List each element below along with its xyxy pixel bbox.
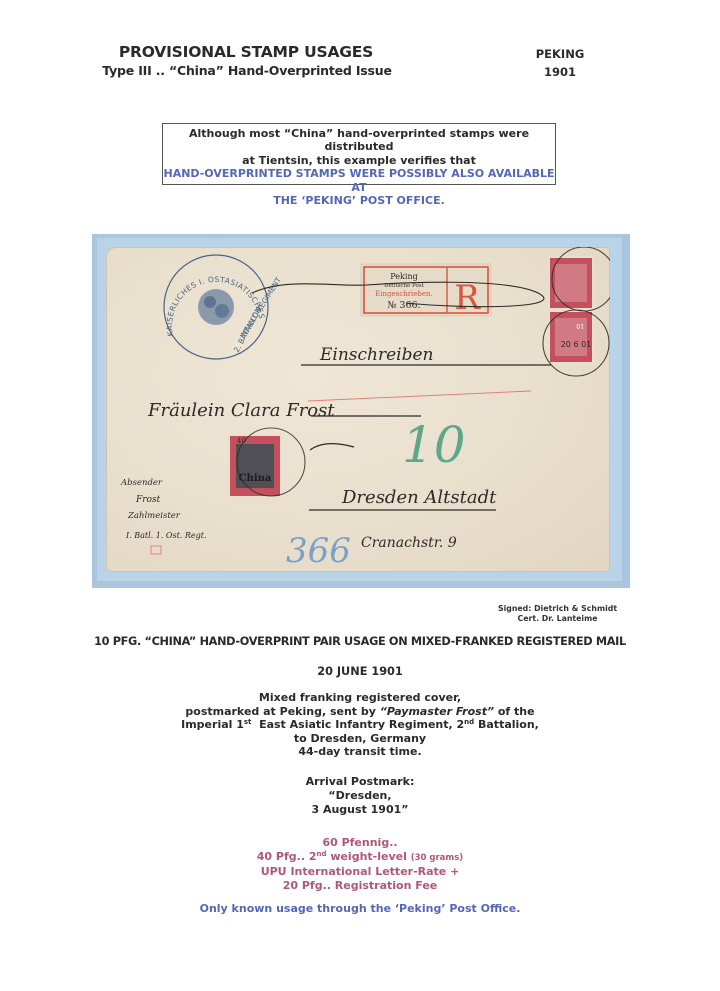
rate-line-1: 60 Pfennig.. [0, 836, 720, 850]
cover-artwork: KAISERLICHES I. OSTASIATISCHES INFANT.-R… [106, 247, 610, 572]
page-title: PROVISIONAL STAMP USAGES [96, 43, 396, 61]
label-r-letter: R [454, 278, 481, 318]
handwriting-endorsement: Einschreiben [319, 345, 434, 365]
postmark-date: 20 6 01 [561, 340, 592, 349]
desc-line-2: postmarked at Peking, sent by “Paymaster… [0, 705, 720, 719]
handwriting-addressee: Fräulein Clara Frost [147, 400, 335, 421]
desc-3-sup2: nd [464, 718, 474, 726]
arrival-line-2: “Dresden, [0, 789, 720, 803]
arrival-line-3: 3 August 1901” [0, 803, 720, 817]
footer-note: Only known usage through the ‘Peking’ Po… [0, 902, 720, 915]
signed-line-1: Signed: Dietrich & Schmidt [470, 604, 645, 613]
postage-rate: 60 Pfennig.. 40 Pfg.. 2nd weight-level (… [0, 836, 720, 892]
arrival-line-1: Arrival Postmark: [0, 775, 720, 789]
blue-pencil-number: 366 [286, 531, 351, 571]
desc-line-2-post: of the [494, 705, 535, 718]
description: Mixed franking registered cover, postmar… [0, 691, 720, 759]
arrival-postmark: Arrival Postmark: “Dresden, 3 August 190… [0, 775, 720, 817]
desc-line-5: 44-day transit time. [0, 745, 720, 759]
desc-line-2-pre: postmarked at Peking, sent by [185, 705, 379, 718]
rate-line-3: UPU International Letter-Rate + [0, 865, 720, 879]
handwriting-city: Dresden Altstadt [341, 487, 497, 508]
rate-line-4: 20 Pfg.. Registration Fee [0, 879, 720, 893]
header-year: 1901 [520, 65, 600, 79]
label-type: Eingeschrieben. [375, 290, 433, 298]
expert-mark [151, 546, 161, 554]
desc-line-2-em: “Paymaster Frost” [380, 705, 494, 718]
desc-3a: Imperial 1 [181, 718, 244, 731]
sender-line-2: Frost [135, 495, 161, 505]
rate-2-small: (30 grams) [411, 853, 464, 863]
intro-box: Although most “China” hand-overprinted s… [162, 123, 556, 185]
header-place: PEKING [520, 47, 600, 61]
postal-cover-image: KAISERLICHES I. OSTASIATISCHES INFANT.-R… [106, 247, 610, 572]
desc-3b: East Asiatic Infantry Regiment, 2 [251, 718, 464, 731]
sender-line-1: Absender [120, 478, 163, 488]
rate-2a: 40 Pfg.. 2 [257, 850, 317, 863]
rate-2-sup: nd [316, 850, 326, 858]
rate-line-2: 40 Pfg.. 2nd weight-level (30 grams) [0, 850, 720, 866]
handwriting-street: Cranachstr. 9 [361, 535, 457, 551]
desc-line-1: Mixed franking registered cover, [0, 691, 720, 705]
label-number: № 366. [387, 300, 420, 311]
cachet-bottom-text: 2. BATAILLON [232, 305, 264, 354]
desc-3c: Battalion, [474, 718, 539, 731]
intro-line-4: THE ‘PEKING’ POST OFFICE. [163, 194, 555, 207]
label-office: Peking [390, 272, 417, 281]
desc-line-3: Imperial 1st East Asiatic Infantry Regim… [0, 718, 720, 732]
registration-label: Peking Deutsche Post Eingeschrieben. № 3… [361, 264, 491, 318]
rate-2b: weight-level [326, 850, 410, 863]
intro-line-2: at Tientsin, this example verifies that [163, 154, 555, 167]
green-pencil-number: 10 [402, 416, 466, 474]
signed-line-2: Cert. Dr. Lanteime [470, 614, 645, 623]
sender-line-4: I. Batl. 1. Ost. Regt. [125, 531, 207, 540]
caption-title: 10 PFG. “CHINA” HAND-OVERPRINT PAIR USAG… [0, 635, 720, 648]
sender-line-3: Zahlmeister [127, 511, 181, 521]
stamp-10pf-bottom: 10 [549, 311, 593, 363]
caption-date: 20 JUNE 1901 [0, 665, 720, 678]
desc-line-4: to Dresden, Germany [0, 732, 720, 746]
page-subtitle: Type III .. “China” Hand-Overprinted Iss… [82, 63, 412, 78]
regiment-cachet: KAISERLICHES I. OSTASIATISCHES INFANT.-R… [164, 255, 283, 359]
intro-line-3: HAND-OVERPRINTED STAMPS WERE POSSIBLY AL… [163, 167, 555, 194]
stamp-value: 10 [576, 322, 584, 329]
intro-line-1: Although most “China” hand-overprinted s… [163, 127, 555, 154]
